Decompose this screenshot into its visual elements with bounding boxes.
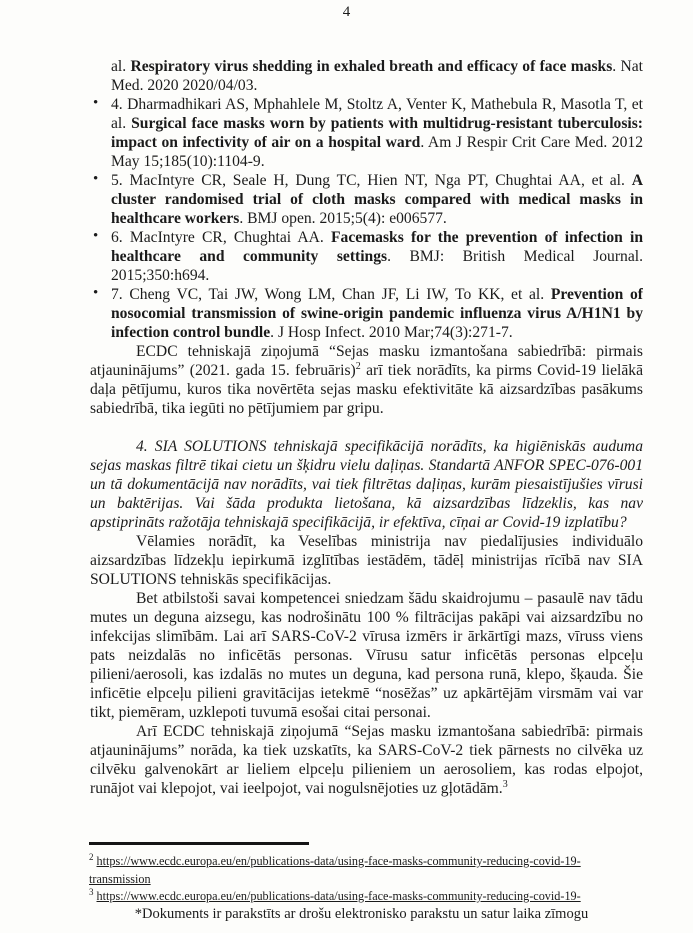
text-segment: Bet atbilstoši savai kompetencei sniedza… <box>90 590 643 721</box>
text-segment: 7. Cheng VC, Tai JW, Wong LM, Chan JF, L… <box>111 286 551 303</box>
text-segment: 6. MacIntyre CR, Chughtai AA. <box>111 229 331 246</box>
reference-item: •4. Dharmadhikari AS, Mphahlele M, Stolt… <box>90 95 643 171</box>
footnote-separator <box>89 842 309 845</box>
page-number: 4 <box>0 4 693 21</box>
body-paragraph: ECDC tehniskajā ziņojumā “Sejas masku iz… <box>90 342 643 418</box>
text-segment: . BMJ open. 2015;5(4): e006577. <box>239 210 446 227</box>
footnote-marker: 3 <box>89 887 94 897</box>
footnote-item: 3https://www.ecdc.europa.eu/en/publicati… <box>89 888 645 906</box>
text-segment: Vēlamies norādīt, ka Veselības ministrij… <box>90 533 643 588</box>
footnote-ref-marker: 3 <box>503 779 508 790</box>
footnote-marker: 2 <box>89 852 94 862</box>
body-paragraph: 4. SIA SOLUTIONS tehniskajā specifikācij… <box>90 437 643 532</box>
reference-item: •5. MacIntyre CR, Seale H, Dung TC, Hien… <box>90 171 643 228</box>
document-page: 4 al. Respiratory virus shedding in exha… <box>0 0 693 933</box>
footnote-list: 2https://www.ecdc.europa.eu/en/publicati… <box>89 853 645 906</box>
bullet-icon: • <box>93 284 98 303</box>
reference-item: •6. MacIntyre CR, Chughtai AA. Facemasks… <box>90 228 643 285</box>
text-segment: 5. MacIntyre CR, Seale H, Dung TC, Hien … <box>111 172 632 189</box>
bullet-icon: • <box>93 94 98 113</box>
bullet-icon: • <box>93 227 98 246</box>
reference-item: •7. Cheng VC, Tai JW, Wong LM, Chan JF, … <box>90 285 643 342</box>
text-segment: Arī ECDC tehniskajā ziņojumā “Sejas mask… <box>90 723 643 797</box>
text-segment: . J Hosp Infect. 2010 Mar;74(3):271-7. <box>270 324 513 341</box>
bullet-icon: • <box>93 170 98 189</box>
body-paragraph: Vēlamies norādīt, ka Veselības ministrij… <box>90 532 643 589</box>
signature-note: *Dokuments ir parakstīts ar drošu elektr… <box>0 906 693 923</box>
body-paragraph: Bet atbilstoši savai kompetencei sniedza… <box>90 589 643 722</box>
footnote-area: 2https://www.ecdc.europa.eu/en/publicati… <box>89 842 645 906</box>
reference-list: al. Respiratory virus shedding in exhale… <box>90 57 643 342</box>
text-segment: Respiratory virus shedding in exhaled br… <box>130 58 612 75</box>
footnote-link[interactable]: https://www.ecdc.europa.eu/en/publicatio… <box>97 889 581 903</box>
body-paragraph: Arī ECDC tehniskajā ziņojumā “Sejas mask… <box>90 722 643 798</box>
body-paragraphs: ECDC tehniskajā ziņojumā “Sejas masku iz… <box>90 342 643 798</box>
text-segment: al. <box>111 58 130 75</box>
footnote-link[interactable]: https://www.ecdc.europa.eu/en/publicatio… <box>89 854 581 886</box>
text-segment: 4. SIA SOLUTIONS tehniskajā specifikācij… <box>90 438 643 531</box>
document-body: al. Respiratory virus shedding in exhale… <box>90 57 643 843</box>
footnote-item: 2https://www.ecdc.europa.eu/en/publicati… <box>89 853 645 888</box>
reference-item: al. Respiratory virus shedding in exhale… <box>90 57 643 95</box>
